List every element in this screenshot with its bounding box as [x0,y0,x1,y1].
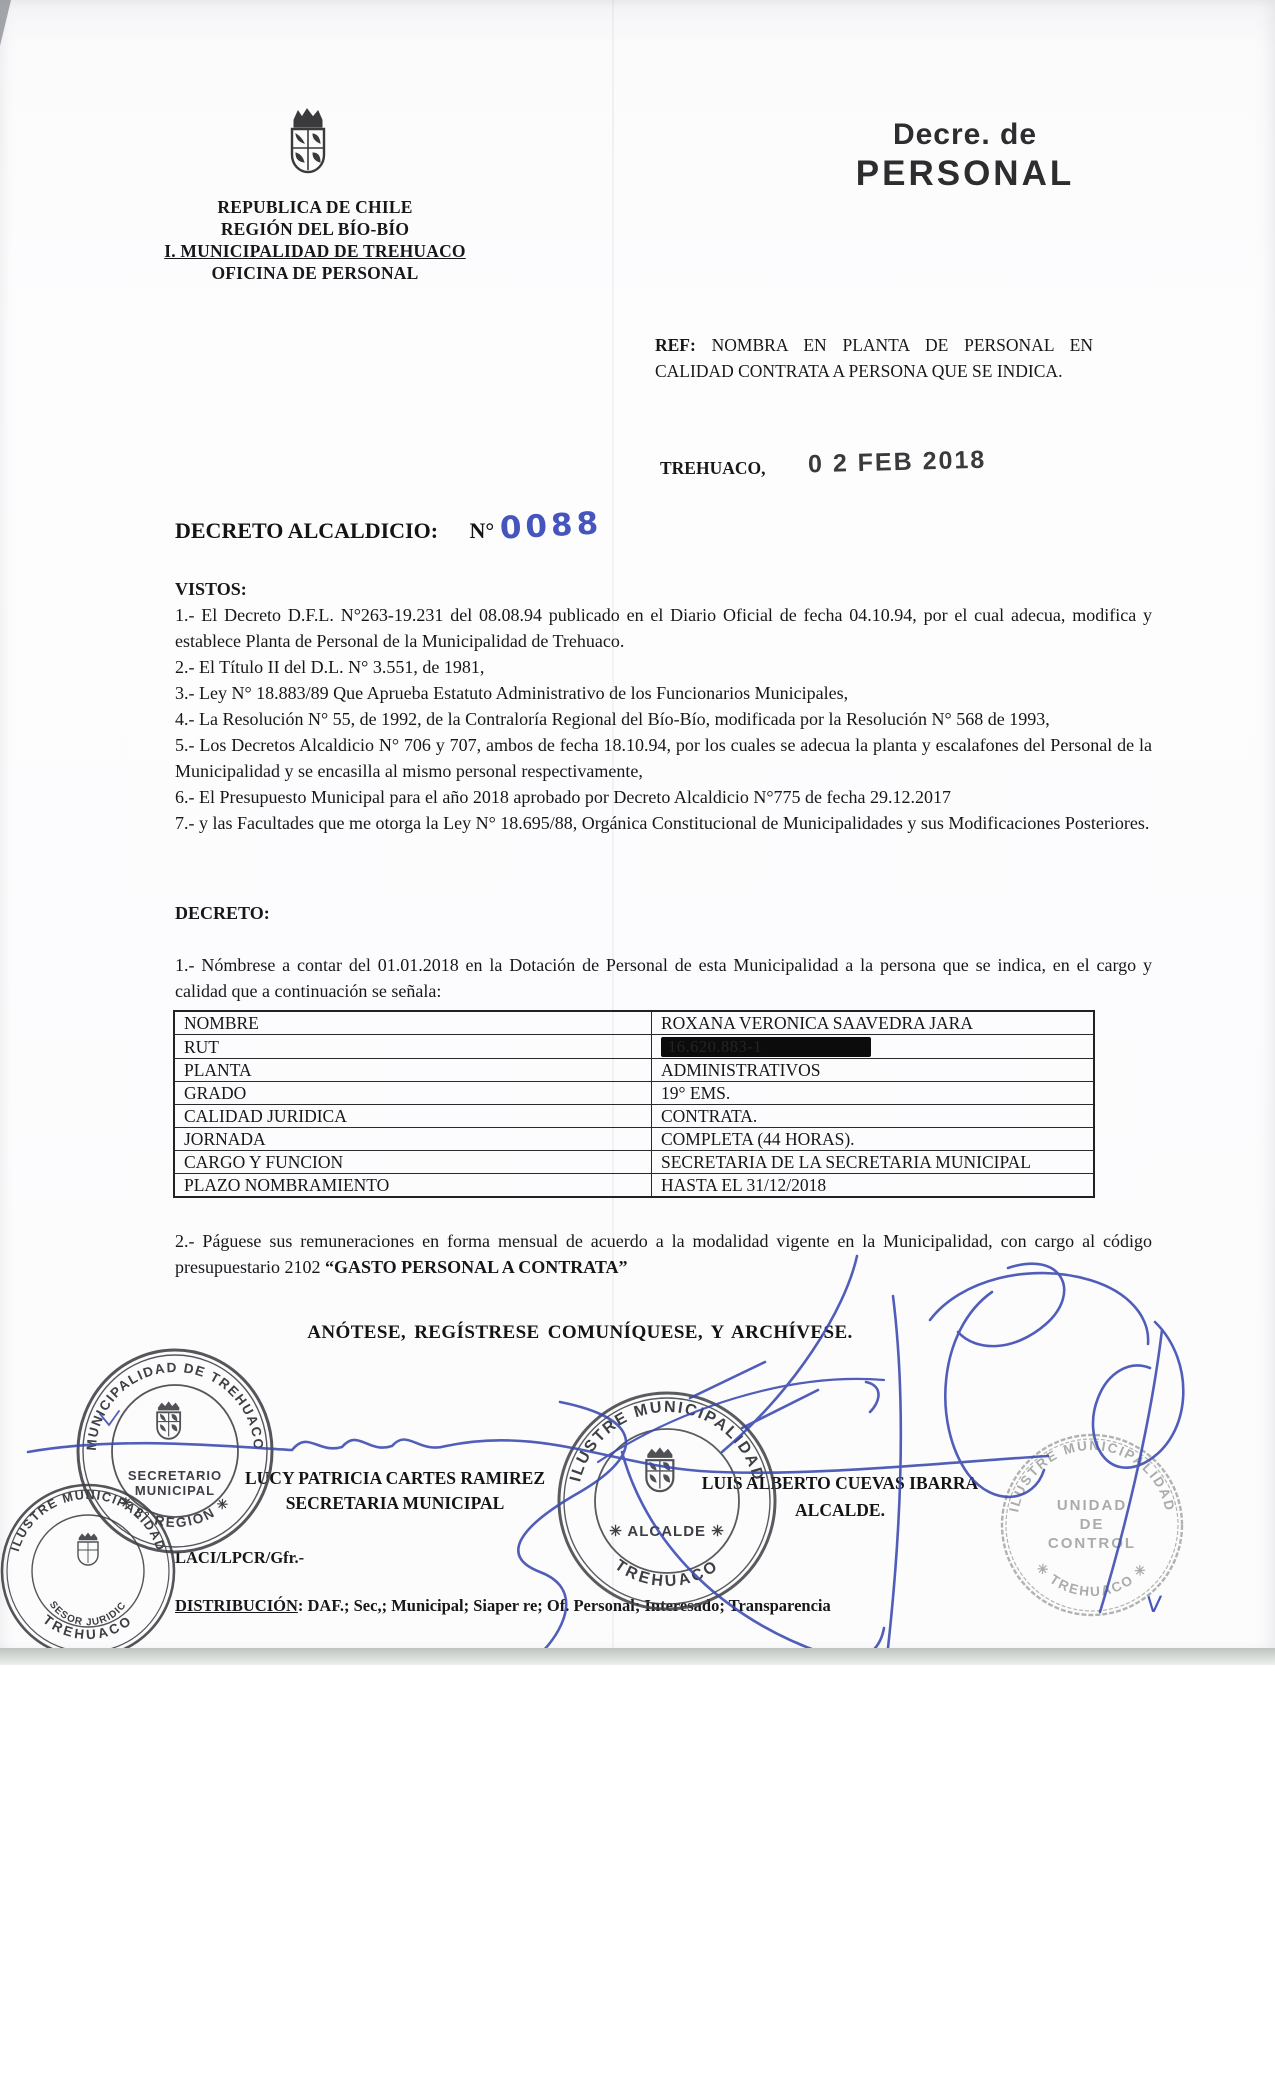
stamp-line-2: PERSONAL [810,154,1120,194]
letterhead: REPUBLICA DE CHILE REGIÓN DEL BÍO-BÍO I.… [120,196,510,284]
stamp-line-1: Decre. de [810,118,1120,152]
appointment-table: NOMBRE ROXANA VERONICA SAAVEDRA JARA RUT… [173,1010,1095,1198]
payment-paragraph-text: 2.- Páguese sus remuneraciones en forma … [175,1231,1152,1277]
seal-bottom-text: TREHUACO [611,1557,722,1591]
row-label: GRADO [174,1082,652,1105]
decree-heading-label: DECRETO ALCALDICIO: [175,518,438,543]
table-row: RUT 16.620.883-1 [174,1035,1094,1059]
closing-order: ANÓTESE, REGÍSTRESE COMUNÍQUESE, Y ARCHÍ… [180,1322,980,1344]
vistos-item: 2.- El Título II del D.L. N° 3.551, de 1… [175,654,1152,680]
dateline-city: TREHUACO, [660,458,766,479]
decree-number-handwritten: 0088 [499,505,603,546]
scanned-decree-page: REPUBLICA DE CHILE REGIÓN DEL BÍO-BÍO I.… [0,0,1275,2100]
row-value: ROXANA VERONICA SAAVEDRA JARA [652,1011,1095,1035]
row-value: 19° EMS. [652,1082,1095,1105]
vistos-item: 7.- y las Facultades que me otorga la Le… [175,810,1152,836]
svg-text:TREHUACO: TREHUACO [611,1557,722,1591]
vistos-item: 5.- Los Decretos Alcaldicio N° 706 y 707… [175,732,1152,784]
payment-paragraph: 2.- Páguese sus remuneraciones en forma … [175,1228,1152,1280]
reference-text: NOMBRA EN PLANTA DE PERSONAL EN CALIDAD … [655,335,1093,381]
vistos-item: 4.- La Resolución N° 55, de 1992, de la … [175,706,1152,732]
row-value: COMPLETA (44 HORAS). [652,1128,1095,1151]
letterhead-region: REGIÓN DEL BÍO-BÍO [120,218,510,240]
vistos-section: VISTOS: 1.- El Decreto D.F.L. N°263-19.2… [175,576,1152,836]
row-label: NOMBRE [174,1011,652,1035]
decree-number-prefix: N° [470,518,495,543]
control-unit-seal-stamp: ILUSTRE MUNICIPALIDAD ✳ TREHUACO ✳ UNIDA… [995,1428,1189,1622]
row-value: SECRETARIA DE LA SECRETARIA MUNICIPAL [652,1151,1095,1174]
date-stamp: 0 2 FEB 2018 [808,446,987,480]
table-row: CARGO Y FUNCION SECRETARIA DE LA SECRETA… [174,1151,1094,1174]
row-label: JORNADA [174,1128,652,1151]
redacted-rut: 16.620.883-1 [661,1037,871,1057]
seal-center-text: ✳ ALCALDE ✳ [609,1523,725,1540]
letterhead-municipality: I. MUNICIPALIDAD DE TREHUACO [120,240,510,262]
decreto-paragraph-1: 1.- Nómbrese a contar del 01.01.2018 en … [175,952,1152,1004]
vistos-item: 1.- El Decreto D.F.L. N°263-19.231 del 0… [175,602,1152,654]
seal-bottom-text: ✳ TREHUACO ✳ [1033,1560,1151,1599]
personnel-decree-stamp: Decre. de PERSONAL [810,118,1120,194]
seal-center-text-1: UNIDAD [1057,1497,1127,1514]
decree-heading: DECRETO ALCALDICIO: N° 0088 [175,510,602,546]
scan-page-edge-shadow [0,1648,1275,1665]
table-row: PLANTA ADMINISTRATIVOS [174,1059,1094,1082]
mayor-seal-stamp: ILUSTRE MUNICIPALIDAD TREHUACO ✳ ALCALDE… [552,1386,782,1616]
row-label: PLANTA [174,1059,652,1082]
row-value: HASTA EL 31/12/2018 [652,1174,1095,1198]
reference-block: REF: NOMBRA EN PLANTA DE PERSONAL EN CAL… [655,332,1093,384]
decreto-section: DECRETO: 1.- Nómbrese a contar del 01.01… [175,900,1152,1004]
letterhead-office: OFICINA DE PERSONAL [120,262,510,284]
seal-center-text-3: CONTROL [1048,1535,1136,1552]
coat-of-arms-icon [646,1448,673,1491]
vistos-title: VISTOS: [175,576,1152,602]
row-label: PLAZO NOMBRAMIENTO [174,1174,652,1198]
table-row: CALIDAD JURIDICA CONTRATA. [174,1105,1094,1128]
payment-paragraph-bold: “GASTO PERSONAL A CONTRATA” [325,1257,628,1277]
distribution-label: DISTRIBUCIÓN [175,1596,298,1615]
seal-center-text-2: DE [1080,1516,1105,1533]
legal-advisor-seal-stamp: ILUSTRE MUNICIPALIDAD TREHUACO ASESOR JU… [0,1478,190,1664]
row-label: CARGO Y FUNCION [174,1151,652,1174]
table-row: JORNADA COMPLETA (44 HORAS). [174,1128,1094,1151]
row-value: 16.620.883-1 [652,1035,1095,1059]
reference-label: REF: [655,335,696,355]
coat-of-arms-icon [78,1533,98,1565]
scan-corner-shadow [0,0,11,46]
letterhead-country: REPUBLICA DE CHILE [120,196,510,218]
decreto-title: DECRETO: [175,900,1152,926]
table-row: GRADO 19° EMS. [174,1082,1094,1105]
table-row: PLAZO NOMBRAMIENTO HASTA EL 31/12/2018 [174,1174,1094,1198]
row-value: ADMINISTRATIVOS [652,1059,1095,1082]
coat-of-arms-icon [282,106,344,192]
svg-text:✳ TREHUACO ✳: ✳ TREHUACO ✳ [1033,1560,1151,1599]
row-label: CALIDAD JURIDICA [174,1105,652,1128]
vistos-item: 6.- El Presupuesto Municipal para el año… [175,784,1152,810]
vistos-item: 3.- Ley N° 18.883/89 Que Aprueba Estatut… [175,680,1152,706]
row-value: CONTRATA. [652,1105,1095,1128]
table-row: NOMBRE ROXANA VERONICA SAAVEDRA JARA [174,1011,1094,1035]
coat-of-arms-icon [157,1402,180,1439]
row-label: RUT [174,1035,652,1059]
